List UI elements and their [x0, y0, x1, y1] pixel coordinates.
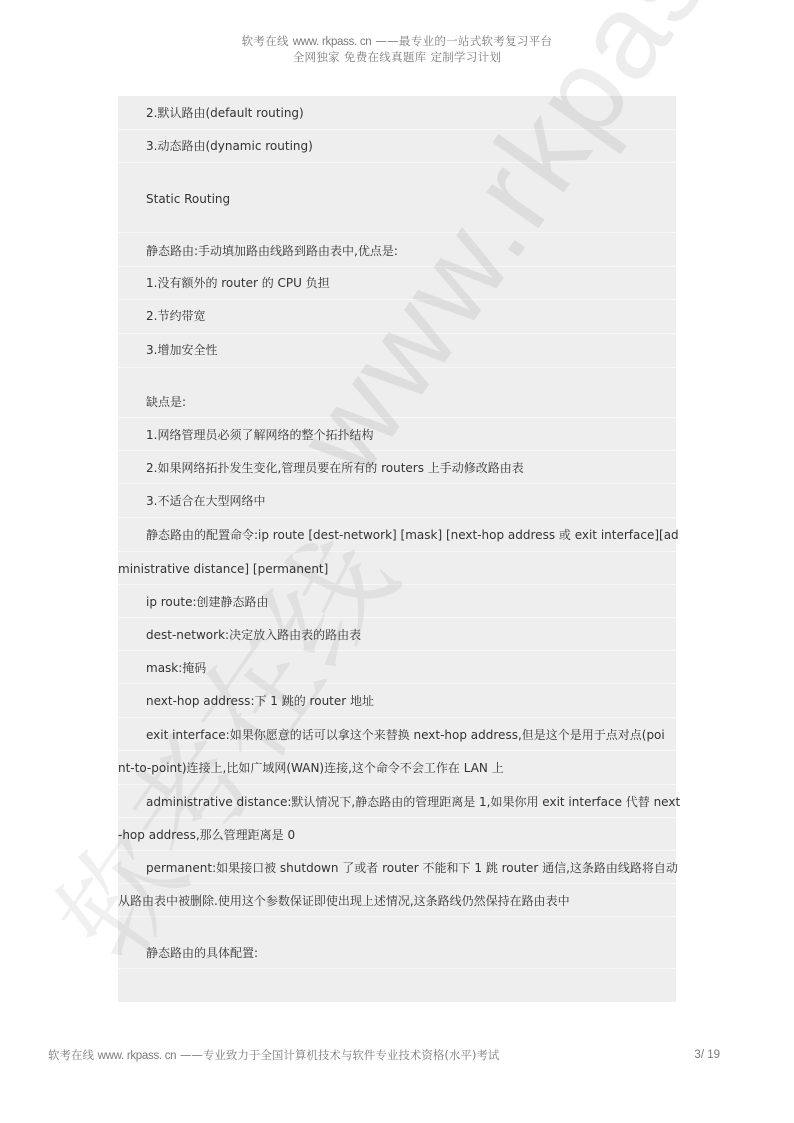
page-number: 3/ 19 — [694, 1048, 720, 1063]
content-line: 静态路由的配置命令:ip route [dest-network] [mask]… — [146, 527, 679, 543]
content-line: 1.没有额外的 router 的 CPU 负担 — [146, 275, 330, 291]
content-line: mask:掩码 — [146, 660, 206, 676]
row-divider — [118, 333, 676, 334]
row-divider — [118, 683, 676, 684]
content-line: ip route:创建静态路由 — [146, 594, 269, 610]
row-divider — [118, 483, 676, 484]
row-divider — [118, 650, 676, 651]
content-line: 1.网络管理员必须了解网络的整个拓扑结构 — [146, 427, 373, 443]
header-brand: 软考在线 — [242, 34, 293, 48]
footer-url: www. rkpass. cn — [98, 1050, 177, 1062]
row-divider — [118, 916, 676, 917]
content-line: 静态路由的具体配置: — [146, 945, 258, 961]
row-divider — [118, 450, 676, 451]
content-line: permanent:如果接口被 shutdown 了或者 router 不能和下… — [146, 860, 678, 876]
row-divider — [118, 750, 676, 751]
row-divider — [118, 162, 676, 163]
content-line: 3.增加安全性 — [146, 342, 217, 358]
row-divider — [118, 717, 676, 718]
content-line: -hop address,那么管理距离是 0 — [118, 827, 295, 843]
content-line: 3.不适合在大型网络中 — [146, 493, 265, 509]
row-divider — [118, 417, 676, 418]
footer-description: ——专业致力于全国计算机技术与软件专业技术资格(水平)考试 — [176, 1048, 499, 1062]
content-line: 2.节约带宽 — [146, 308, 205, 324]
header-line-1: 软考在线 www. rkpass. cn ——最专业的一站式软考复习平台 — [0, 34, 794, 50]
row-divider — [118, 617, 676, 618]
content-line: 静态路由:手动填加路由线路到路由表中,优点是: — [146, 243, 398, 259]
header-line-2: 全网独家 免费在线真题库 定制学习计划 — [0, 50, 794, 65]
header-slogan: ——最专业的一站式软考复习平台 — [371, 34, 552, 48]
row-divider — [118, 883, 676, 884]
content-line: administrative distance:默认情况下,静态路由的管理距离是… — [146, 794, 680, 810]
row-divider — [118, 266, 676, 267]
content-line: 2.默认路由(default routing) — [146, 105, 304, 121]
content-line: Static Routing — [146, 191, 230, 207]
content-line: 2.如果网络拓扑发生变化,管理员要在所有的 routers 上手动修改路由表 — [146, 460, 524, 476]
row-divider — [118, 850, 676, 851]
header-url: www. rkpass. cn — [293, 36, 372, 48]
row-divider — [118, 784, 676, 785]
row-divider — [118, 299, 676, 300]
content-line: 缺点是: — [146, 394, 186, 410]
content-line: exit interface:如果你愿意的话可以拿这个来替换 next-hop … — [146, 727, 665, 743]
content-line: next-hop address:下 1 跳的 router 地址 — [146, 693, 374, 709]
row-divider — [118, 129, 676, 130]
page-header: 软考在线 www. rkpass. cn ——最专业的一站式软考复习平台 全网独… — [0, 34, 794, 65]
content-line: dest-network:决定放入路由表的路由表 — [146, 627, 361, 643]
row-divider — [118, 232, 676, 233]
row-divider — [118, 817, 676, 818]
content-line: nt-to-point)连接上,比如广域网(WAN)连接,这个命令不会工作在 L… — [118, 760, 504, 776]
row-divider — [118, 584, 676, 585]
content-line: 3.动态路由(dynamic routing) — [146, 138, 313, 154]
row-divider — [118, 551, 676, 552]
row-divider — [118, 968, 676, 969]
page-footer: 软考在线 www. rkpass. cn ——专业致力于全国计算机技术与软件专业… — [48, 1048, 720, 1064]
row-divider — [118, 517, 676, 518]
content-line: 从路由表中被删除.使用这个参数保证即使出现上述情况,这条路线仍然保持在路由表中 — [118, 893, 570, 909]
footer-brand: 软考在线 — [48, 1048, 98, 1062]
content-line: ministrative distance] [permanent] — [118, 561, 328, 577]
row-divider — [118, 367, 676, 368]
